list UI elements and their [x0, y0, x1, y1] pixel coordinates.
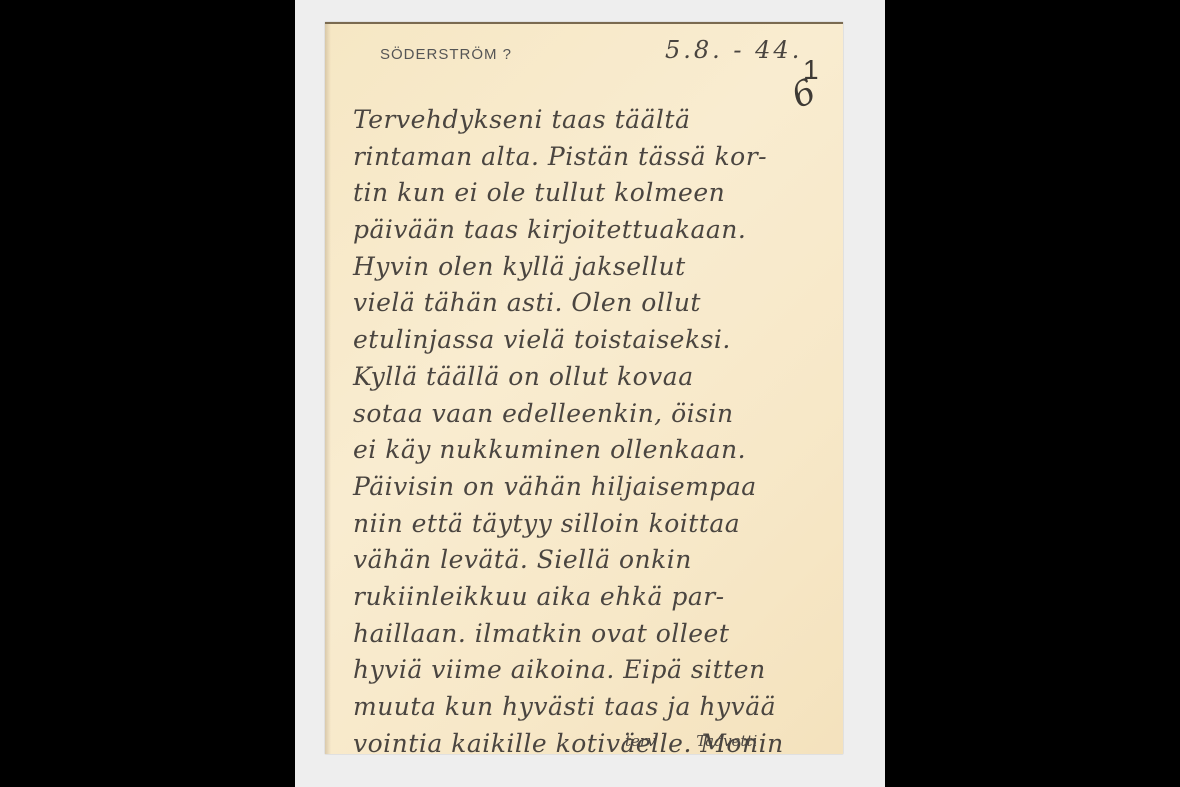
- letter-line: sotaa vaan edelleenkin, öisin: [353, 396, 843, 433]
- letter-line: hyviä viime aikoina. Eipä sitten: [353, 652, 843, 689]
- letter-line: Päivisin on vähän hiljaisempaa: [353, 469, 843, 506]
- letter-line: tin kun ei ole tullut kolmeen: [353, 175, 843, 212]
- signature: terv Taavetti: [625, 732, 757, 750]
- letter-line: Tervehdykseni taas täältä: [353, 102, 843, 139]
- letter-line: etulinjassa vielä toistaiseksi.: [353, 322, 843, 359]
- letter-line: päivään taas kirjoitettuakaan.: [353, 212, 843, 249]
- letter-line: vähän levätä. Siellä onkin: [353, 542, 843, 579]
- letter-line: Hyvin olen kyllä jaksellut: [353, 249, 843, 286]
- letter-line: vielä tähän asti. Olen ollut: [353, 285, 843, 322]
- postcard: SÖDERSTRÖM ? 5.8. - 44. 1 6 Tervehdyksen…: [325, 22, 843, 754]
- letter-line: rintaman alta. Pistän tässä kor-: [353, 139, 843, 176]
- letter-line: haillaan. ilmatkin ovat olleet: [353, 616, 843, 653]
- recipient-name-annotation: SÖDERSTRÖM ?: [380, 46, 512, 63]
- letter-line: niin että täytyy silloin koittaa: [353, 506, 843, 543]
- letter-line: Kyllä täällä on ollut kovaa: [353, 359, 843, 396]
- letter-date: 5.8. - 44.: [665, 36, 802, 64]
- signature-name: Taavetti: [696, 732, 757, 750]
- signature-closing: terv: [625, 732, 656, 750]
- letter-line: ei käy nukkuminen ollenkaan.: [353, 432, 843, 469]
- letter-line: rukiinleikkuu aika ehkä par-: [353, 579, 843, 616]
- letter-line: muuta kun hyvästi taas ja hyvää: [353, 689, 843, 726]
- letter-body: Tervehdykseni taas täältä rintaman alta.…: [353, 102, 843, 762]
- letter-line: vointia kaikille kotiväelle. Monin: [353, 726, 843, 763]
